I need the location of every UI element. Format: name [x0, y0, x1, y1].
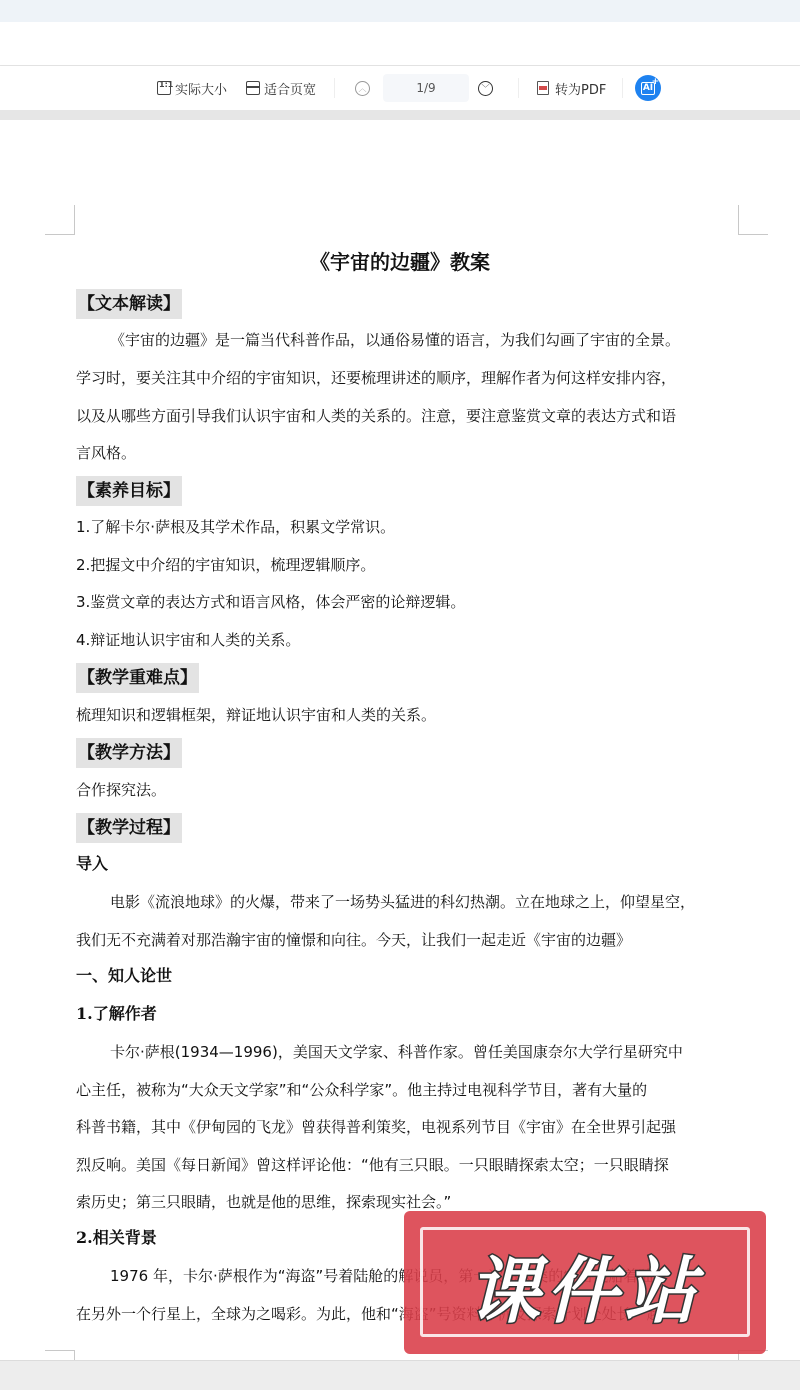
goal-item: 3.鉴赏文章的表达方式和语言风格，体会严密的论辩逻辑。 — [76, 592, 465, 612]
paragraph-line: 电影《流浪地球》的火爆，带来了一场势头猛进的科幻热潮。立在地球之上，仰望星空， — [110, 892, 695, 912]
paragraph-line: 学习时，要关注其中介绍的宇宙知识，还要梳理讲述的顺序，理解作者为何这样安排内容， — [76, 368, 676, 388]
previous-page-button[interactable]: ︿ — [355, 66, 370, 110]
paragraph-line: 言风格。 — [76, 443, 136, 463]
actual-size-label: 实际大小 — [175, 79, 227, 98]
viewer-bottom-gap — [0, 1360, 800, 1390]
actual-size-icon: 1:1 — [157, 81, 171, 95]
paragraph-line: 索历史；第三只眼睛，也就是他的思维，探索现实社会。” — [76, 1192, 451, 1212]
document-page: 《宇宙的边疆》教案 【文本解读】 《宇宙的边疆》是一篇当代科普作品，以通俗易懂的… — [0, 120, 800, 1360]
paragraph-line: 烈反响。美国《每日新闻》曾这样评论他：“他有三只眼。一只眼睛探索太空；一只眼睛探 — [76, 1155, 669, 1175]
header-area — [0, 22, 800, 66]
convert-to-pdf-button[interactable]: 转为PDF — [535, 66, 606, 110]
section-heading-method: 【教学方法】 — [76, 738, 182, 768]
chevron-up-icon: ︿ — [355, 81, 370, 96]
author-heading: 1.了解作者 — [76, 1004, 157, 1024]
paragraph-line: 心主任，被称为“大众天文学家”和“公众科学家”。他主持过电视科学节目，著有大量的 — [76, 1080, 647, 1100]
ai-icon: AI+ — [641, 82, 655, 95]
fit-width-button[interactable]: 适合页宽 — [246, 66, 316, 110]
actual-size-button[interactable]: 1:1 实际大小 — [157, 66, 227, 110]
section-heading-process: 【教学过程】 — [76, 813, 182, 843]
paragraph-line: 科普书籍，其中《伊甸园的飞龙》曾获得普利策奖，电视系列节目《宇宙》在全世界引起强 — [76, 1117, 676, 1137]
part1-heading: 一、知人论世 — [76, 966, 172, 986]
paragraph-line: 我们无不充满着对那浩瀚宇宙的憧憬和向往。今天，让我们一起走近《宇宙的边疆》 — [76, 930, 631, 950]
fit-width-label: 适合页宽 — [264, 79, 316, 98]
background-heading: 2.相关背景 — [76, 1228, 157, 1248]
paragraph-line: 《宇宙的边疆》是一篇当代科普作品，以通俗易懂的语言，为我们勾画了宇宙的全景。 — [110, 330, 680, 350]
intro-heading: 导入 — [76, 854, 108, 874]
page-indicator: 1/9 — [416, 81, 435, 95]
browser-top-band — [0, 0, 800, 22]
paragraph-line: 在另外一个行星上，全球为之喝彩。为此，他和“海盗”号资料分析及探索计划处处长一起 — [76, 1304, 662, 1324]
fit-width-icon — [246, 81, 260, 95]
toolbar-shadow-bar — [0, 110, 800, 120]
paragraph-line: 以及从哪些方面引导我们认识宇宙和人类的关系的。注意，要注意鉴赏文章的表达方式和语 — [76, 406, 676, 426]
toolbar-divider — [518, 78, 519, 98]
page-number-input[interactable]: 1/9 — [383, 74, 469, 102]
toolbar-divider — [334, 78, 335, 98]
chevron-down-icon: ﹀ — [478, 81, 493, 96]
paragraph-line: 卡尔·萨根(1934—1996)，美国天文学家、科普作家。曾任美国康奈尔大学行星… — [110, 1042, 683, 1062]
goal-item: 1.了解卡尔·萨根及其学术作品，积累文学常识。 — [76, 517, 395, 537]
goal-item: 4.辩证地认识宇宙和人类的关系。 — [76, 630, 300, 650]
paragraph-line: 1976 年，卡尔·萨根作为“海盗”号着陆舱的解说员，第一次随人类的宇宙飞船着陆 — [110, 1266, 653, 1286]
page-margin-mark — [738, 205, 768, 235]
ai-assistant-button[interactable]: AI+ — [635, 75, 661, 101]
page-margin-mark — [45, 205, 75, 235]
next-page-button[interactable]: ﹀ — [478, 66, 493, 110]
toolbar-divider — [622, 78, 623, 98]
section-heading-text-reading: 【文本解读】 — [76, 289, 182, 319]
convert-to-pdf-label: 转为PDF — [555, 79, 606, 98]
document-title: 《宇宙的边疆》教案 — [0, 246, 800, 275]
section-heading-key-points: 【教学重难点】 — [76, 663, 199, 693]
section-heading-goals: 【素养目标】 — [76, 476, 182, 506]
goal-item: 2.把握文中介绍的宇宙知识，梳理逻辑顺序。 — [76, 555, 375, 575]
method-text: 合作探究法。 — [76, 780, 166, 800]
key-points-text: 梳理知识和逻辑框架，辩证地认识宇宙和人类的关系。 — [76, 705, 436, 725]
pdf-file-icon — [535, 80, 551, 96]
